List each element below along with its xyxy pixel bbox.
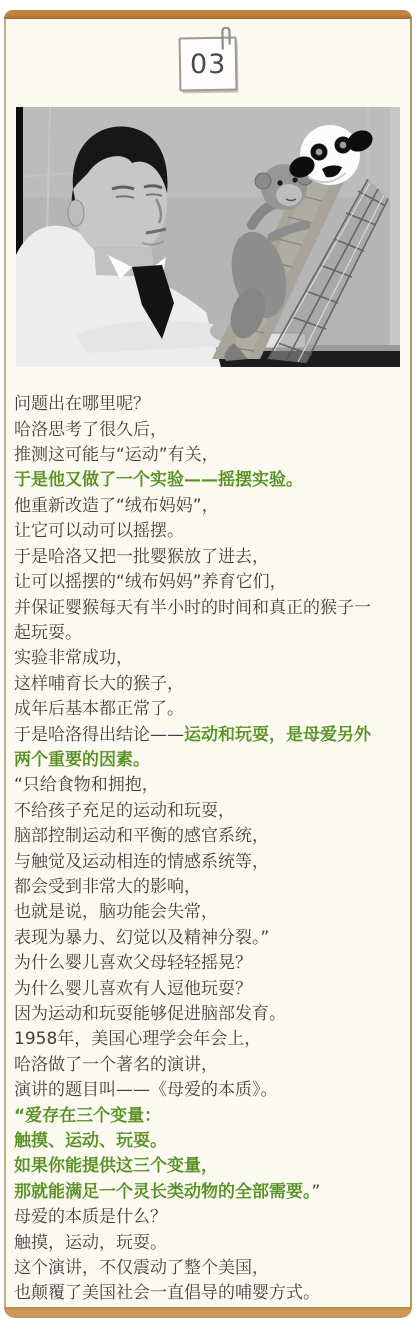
body-text: 于是哈洛得出结论—— — [14, 725, 184, 745]
article-line: 那就能满足一个灵长类动物的全部需要。” — [14, 1180, 400, 1205]
body-text: ” — [312, 1182, 321, 1202]
highlighted-text: 如果你能提供这三个变量， — [14, 1156, 218, 1176]
article-line: 问题出在哪里呢？ — [14, 392, 400, 417]
article-line: 不给孩子充足的运动和玩耍， — [14, 799, 400, 824]
section-number-badge: 03 — [179, 37, 238, 92]
article-line: 都会受到非常大的影响， — [14, 875, 400, 900]
body-text: 他重新改造了“绒布妈妈”， — [14, 496, 219, 516]
article-line: 于是哈洛又把一批婴猴放了进去， — [14, 545, 400, 570]
article-line: 这样哺育长大的猴子， — [14, 672, 400, 697]
body-text: 1958年，美国心理学会年会上， — [14, 1029, 261, 1049]
body-text: 表现为暴力、幻觉以及精神分裂。” — [14, 928, 269, 948]
article-line: 并保证婴猴每天有半小时的时间和真正的猴子一 — [14, 596, 400, 621]
card-bottom-bar — [4, 1307, 412, 1318]
article-line: 于是他又做了一个实验——摇摆实验。 — [14, 468, 400, 493]
article-line: 他重新改造了“绒布妈妈”， — [14, 494, 400, 519]
article-line: 为什么婴儿喜欢有人逗他玩耍？ — [14, 977, 400, 1002]
highlighted-text: 于是他又做了一个实验——摇摆实验。 — [14, 470, 303, 490]
highlighted-text: 触摸、运动、玩耍。 — [14, 1131, 167, 1151]
body-text: 起玩耍。 — [14, 623, 82, 643]
article-line: 推测这可能与“运动”有关， — [14, 443, 400, 468]
highlighted-text: 运动和玩耍，是母爱另外 — [184, 725, 371, 745]
article-line: 实验非常成功， — [14, 646, 400, 671]
article-line: 成年后基本都正常了。 — [14, 697, 400, 722]
body-text: 问题出在哪里呢？ — [14, 394, 150, 414]
body-text: 演讲的题目叫——《母爱的本质》。 — [14, 1080, 278, 1100]
article-line: 让可以摇摆的“绒布妈妈”养育它们， — [14, 570, 400, 595]
card-top-bar — [4, 10, 412, 19]
body-text: 不给孩子充足的运动和玩耍， — [14, 801, 235, 821]
body-text: 为什么婴儿喜欢父母轻轻摇晃？ — [14, 953, 252, 973]
body-text: “只给食物和拥抱， — [14, 775, 159, 795]
article-line: 脑部控制运动和平衡的感官系统， — [14, 824, 400, 849]
body-text: 为什么婴儿喜欢有人逗他玩耍？ — [14, 979, 252, 999]
body-text: 哈洛思考了很久后， — [14, 420, 167, 440]
card-body: 03 — [4, 19, 412, 1307]
body-text: 成年后基本都正常了。 — [14, 699, 184, 719]
body-text: 让它可以动可以摇摆。 — [14, 521, 184, 541]
body-text: 推测这可能与“运动”有关， — [14, 445, 219, 465]
section-number: 03 — [190, 49, 226, 80]
body-text: 母爱的本质是什么？ — [14, 1207, 167, 1227]
article-line: 因为运动和玩耍能够促进脑部发育。 — [14, 1002, 400, 1027]
article-line: 为什么婴儿喜欢父母轻轻摇晃？ — [14, 951, 400, 976]
body-text: 都会受到非常大的影响， — [14, 877, 201, 897]
content-card: 03 — [4, 10, 412, 1318]
article-line: 也就是说，脑功能会失常， — [14, 900, 400, 925]
article-line: 两个重要的因素。 — [14, 748, 400, 773]
highlighted-text: “爱存在三个变量： — [14, 1106, 161, 1126]
article-text: 问题出在哪里呢？哈洛思考了很久后，推测这可能与“运动”有关，于是他又做了一个实验… — [6, 392, 410, 1307]
article-page: 03 — [0, 0, 416, 1328]
article-line: 触摸，运动，玩耍。 — [14, 1231, 400, 1256]
article-line: 哈洛思考了很久后， — [14, 418, 400, 443]
article-line: 演讲的题目叫——《母爱的本质》。 — [14, 1078, 400, 1103]
body-text: 与触觉及运动相连的情感系统等， — [14, 852, 269, 872]
article-line: 触摸、运动、玩耍。 — [14, 1129, 400, 1154]
article-line: 表现为暴力、幻觉以及精神分裂。” — [14, 926, 400, 951]
article-line: 哈洛做了一个著名的演讲， — [14, 1053, 400, 1078]
body-text: 也就是说，脑功能会失常， — [14, 902, 218, 922]
body-text: 触摸，运动，玩耍。 — [14, 1233, 167, 1253]
photo-illustration — [16, 107, 400, 367]
body-text: 实验非常成功， — [14, 648, 133, 668]
body-text: 因为运动和玩耍能够促进脑部发育。 — [14, 1004, 286, 1024]
body-text: 并保证婴猴每天有半小时的时间和真正的猴子一 — [14, 598, 371, 618]
article-line: 这个演讲，不仅震动了整个美国， — [14, 1256, 400, 1281]
body-text: 让可以摇摆的“绒布妈妈”养育它们， — [14, 572, 287, 592]
article-line: 于是哈洛得出结论——运动和玩耍，是母爱另外 — [14, 723, 400, 748]
article-line: “爱存在三个变量： — [14, 1104, 400, 1129]
article-line: 也颠覆了美国社会一直倡导的哺婴方式。 — [14, 1281, 400, 1306]
body-text: 也颠覆了美国社会一直倡导的哺婴方式。 — [14, 1283, 320, 1303]
paper-clip-icon — [218, 27, 232, 51]
article-line: “只给食物和拥抱， — [14, 773, 400, 798]
article-line: 母爱的本质是什么？ — [14, 1205, 400, 1230]
article-line: 起玩耍。 — [14, 621, 400, 646]
body-text: 这样哺育长大的猴子， — [14, 674, 184, 694]
article-line: 让它可以动可以摇摆。 — [14, 519, 400, 544]
highlighted-text: 那就能满足一个灵长类动物的全部需要。 — [14, 1182, 312, 1202]
article-line: 1958年，美国心理学会年会上， — [14, 1027, 400, 1052]
body-text: 于是哈洛又把一批婴猴放了进去， — [14, 547, 269, 567]
body-text: 脑部控制运动和平衡的感官系统， — [14, 826, 269, 846]
highlighted-text: 两个重要的因素。 — [14, 750, 150, 770]
body-text: 哈洛做了一个著名的演讲， — [14, 1055, 218, 1075]
body-text: 这个演讲，不仅震动了整个美国， — [14, 1258, 269, 1278]
article-line: 如果你能提供这三个变量， — [14, 1154, 400, 1179]
harlow-experiment-photo — [16, 107, 400, 367]
article-line: 与触觉及运动相连的情感系统等， — [14, 850, 400, 875]
